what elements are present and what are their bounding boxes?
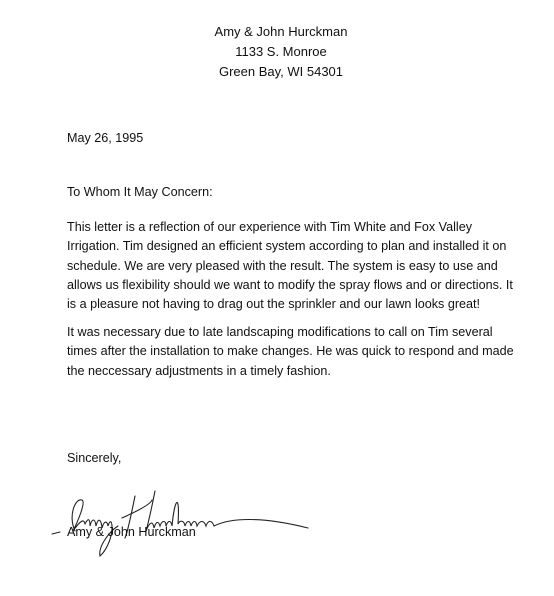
letter-date: May 26, 1995	[67, 131, 143, 145]
body-paragraph-1: This letter is a reflection of our exper…	[67, 218, 547, 314]
salutation: To Whom It May Concern:	[67, 185, 213, 199]
sender-name: Amy & John Hurckman	[8, 22, 554, 42]
closing: Sincerely,	[67, 451, 121, 465]
paragraph-line: Irrigation. Tim designed an efficient sy…	[67, 237, 547, 256]
paragraph-line: This letter is a reflection of our exper…	[67, 218, 547, 237]
paragraph-line: schedule. We are very pleased with the r…	[67, 257, 547, 276]
signature-icon	[40, 476, 310, 561]
paragraph-line: It was necessary due to late landscaping…	[67, 323, 547, 342]
paragraph-line: allows us flexibility should we want to …	[67, 276, 547, 295]
sender-street: 1133 S. Monroe	[8, 42, 554, 62]
body-paragraph-2: It was necessary due to late landscaping…	[67, 323, 547, 381]
paragraph-line: is a pleasure not having to drag out the…	[67, 295, 547, 314]
paragraph-line: the neccessary adjustments in a timely f…	[67, 362, 547, 381]
signature-name: Amy & John Hurckman	[67, 525, 196, 539]
sender-city: Green Bay, WI 54301	[8, 62, 554, 82]
letterhead: Amy & John Hurckman 1133 S. Monroe Green…	[0, 22, 554, 82]
paragraph-line: times after the installation to make cha…	[67, 342, 547, 361]
